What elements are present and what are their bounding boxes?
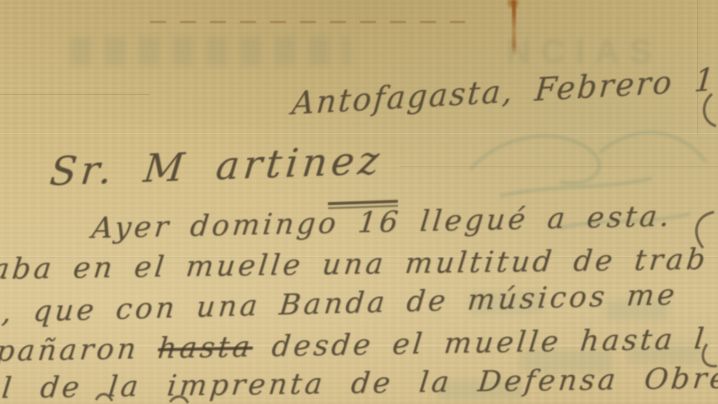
salutation: Sr. M artinez — [48, 138, 386, 195]
body-line-5: l de la imprenta de la Defensa Obre — [0, 361, 718, 404]
fold-crease-dashed — [150, 21, 465, 23]
rust-stain-streak — [512, 0, 516, 56]
body-line-4-struck-word: hasta — [156, 329, 254, 365]
fold-crease — [0, 133, 718, 135]
fold-crease — [400, 166, 718, 167]
body-line-1: Ayer domingo 16 llegué a esta. — [90, 199, 674, 245]
body-line-4-pre: pañaron — [0, 331, 160, 368]
fold-crease — [0, 94, 150, 95]
body-line-3: , que con una Banda de músicos me — [0, 277, 679, 329]
letter-photograph: NCIAS Antofagasta, Febrero 1 Sr. M artin… — [0, 0, 718, 404]
letterhead-watermark-fragment: NCIAS — [62, 33, 662, 72]
